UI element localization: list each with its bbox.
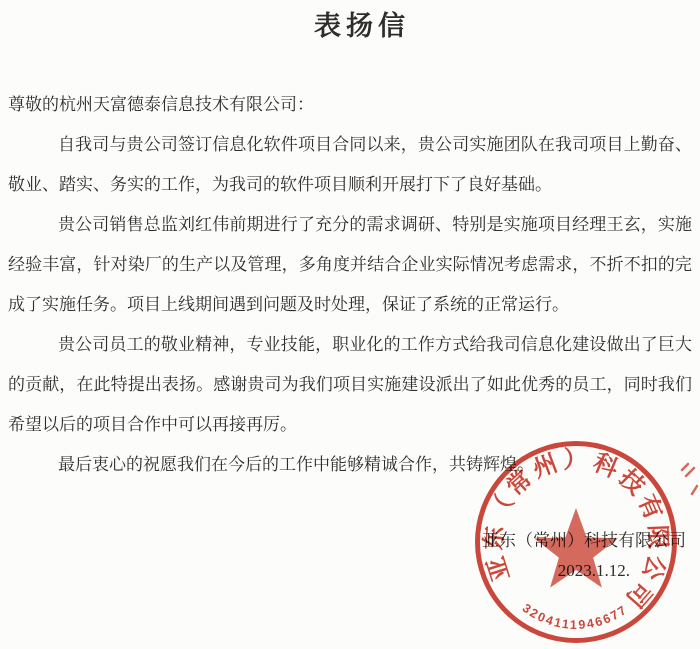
letter-page: 表扬信 尊敬的杭州天富德泰信息技术有限公司： 自我司与贵公司签订信息化软件项目合… (0, 0, 700, 649)
seal-serial-number-content: 3204111946677 (520, 601, 631, 632)
paragraph-1: 自我司与贵公司签订信息化软件项目合同以来，贵公司实施团队在我司项目上勤奋、敬业、… (8, 125, 692, 205)
paragraph-3: 贵公司员工的敬业精神，专业技能，职业化的工作方式给我司信息化建设做出了巨大的贡献… (8, 325, 692, 445)
stray-ink-mark (678, 460, 700, 498)
salutation: 尊敬的杭州天富德泰信息技术有限公司： (8, 85, 692, 125)
seal-star-icon (534, 508, 618, 588)
stray-ink-stroke (682, 464, 697, 494)
seal-serial-number: 3204111946677 (520, 601, 631, 632)
company-seal-stamp: 亚东（常州）科技有限公司 3204111946677 (472, 438, 680, 646)
letter-title: 表扬信 (12, 6, 700, 46)
paragraph-2: 贵公司销售总监刘红伟前期进行了充分的需求调研、特别是实施项目经理王玄，实施经验丰… (8, 205, 692, 325)
seal-graphic: 亚东（常州）科技有限公司 3204111946677 (472, 438, 680, 646)
